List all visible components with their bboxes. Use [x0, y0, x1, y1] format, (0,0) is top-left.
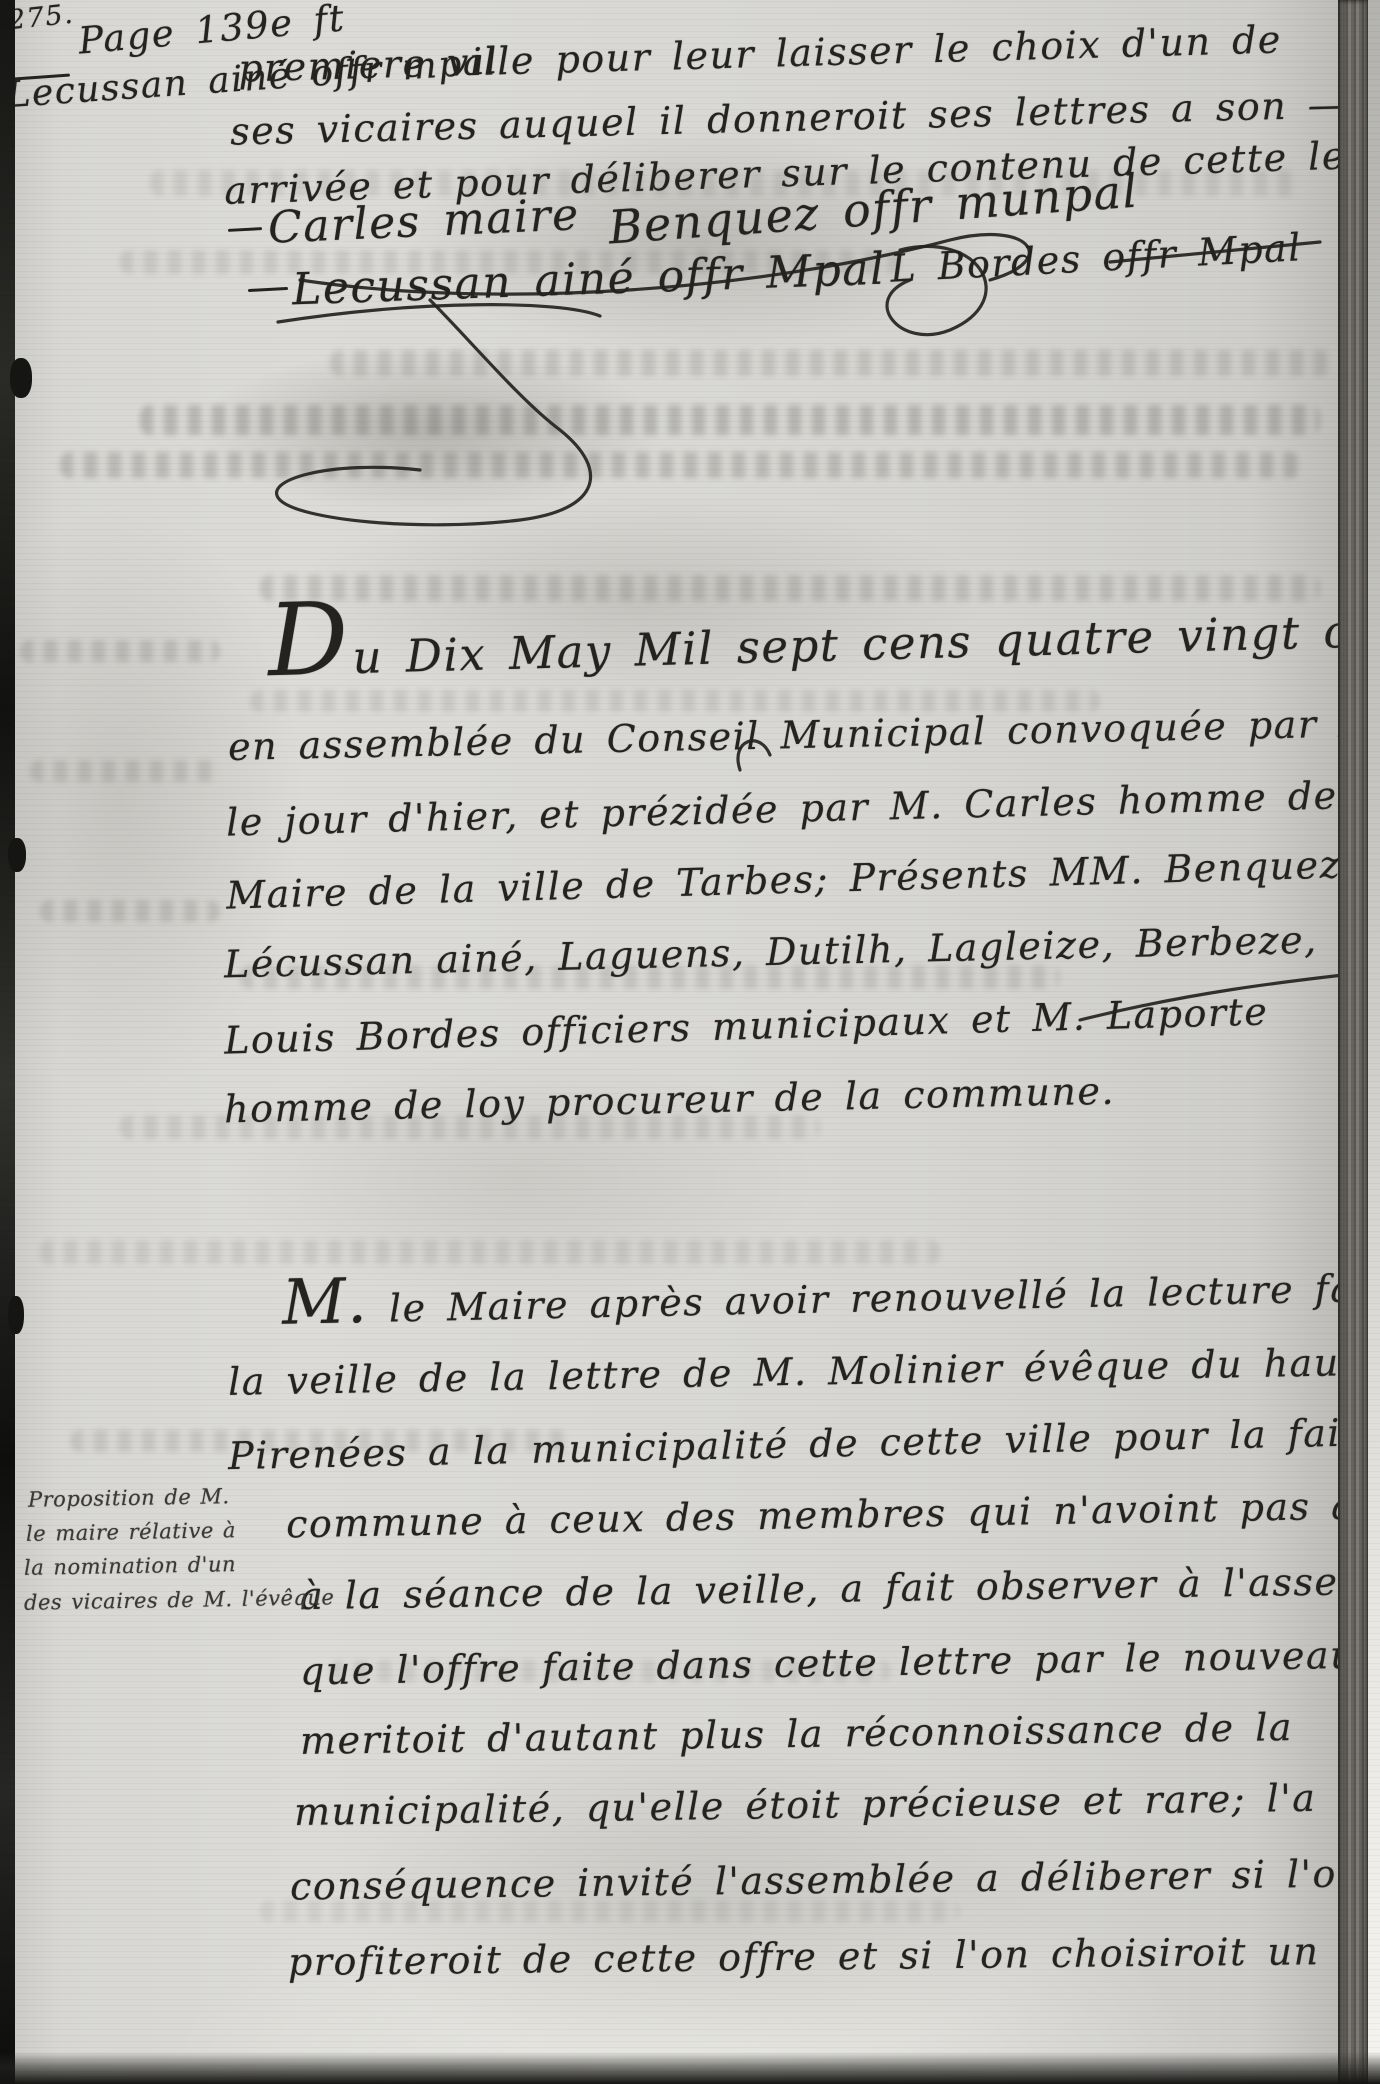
binding-edge [0, 0, 15, 2084]
binding-mark [8, 838, 26, 872]
margin-note-line: la nomination d'un [24, 1552, 236, 1580]
manuscript-scan: 275. Page 139e ft Lecussan ainé offr mpa… [0, 0, 1380, 2084]
line-end-flourish [0, 0, 1380, 1200]
margin-note-line: le maire rélative à [26, 1518, 236, 1546]
binding-mark [10, 358, 32, 398]
page-block-edge [1338, 0, 1368, 2084]
binding-mark [8, 1296, 24, 1334]
bottom-edge-shadow [0, 2052, 1380, 2084]
scan-margin-right [1368, 0, 1380, 2084]
margin-note-line: Proposition de M. [28, 1484, 230, 1512]
